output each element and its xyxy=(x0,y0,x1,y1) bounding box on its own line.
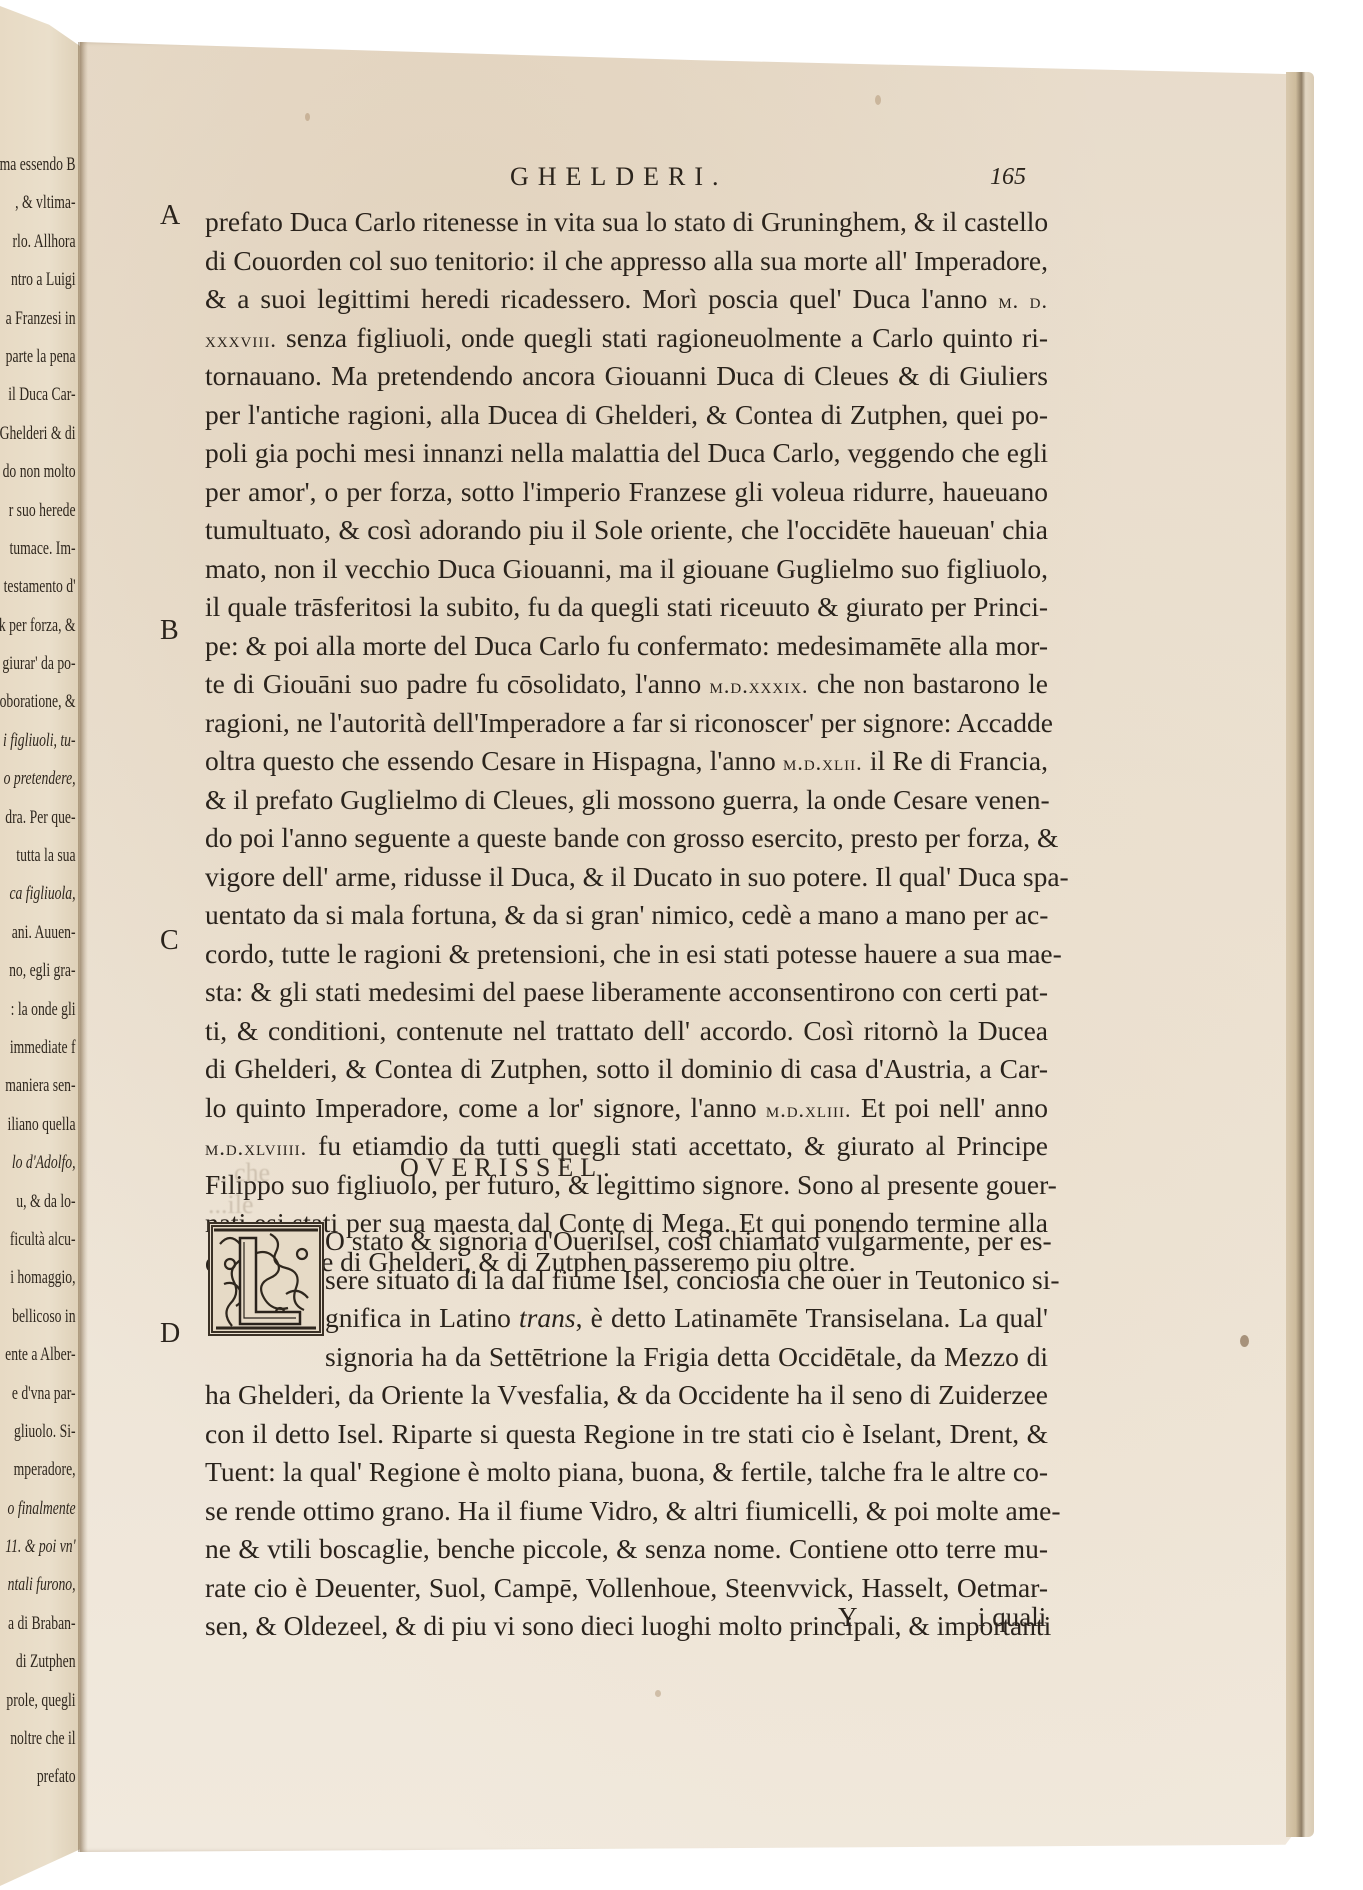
left-page-line: noltre che il xyxy=(0,1720,76,1758)
page-number: 165 xyxy=(990,164,1026,191)
section-overissel-opening: O stato & signoria d'Oueriſsel, così chi… xyxy=(325,1222,1048,1376)
decorative-initial-l xyxy=(208,1222,324,1336)
page-header: GHELDERI. 165 xyxy=(0,162,1363,202)
left-page-line: parte la pena xyxy=(0,338,76,376)
left-page-line: k per forza, & xyxy=(0,607,76,645)
text-line: cordo, tutte le ragioni & pretensioni, c… xyxy=(205,935,1048,974)
text-line: gnifica in Latino trans, è detto Latinam… xyxy=(325,1299,1048,1338)
text-line: con il detto Isel. Riparte si questa Reg… xyxy=(205,1415,1048,1454)
section-overissel-text: ha Ghelderi, da Oriente la Vvesfalia, & … xyxy=(205,1376,1048,1646)
text-line: O stato & signoria d'Oueriſsel, così chi… xyxy=(325,1222,1048,1261)
text-line: mato, non il vecchio Duca Giouanni, ma i… xyxy=(205,550,1048,589)
text-line: vigore dell' arme, ridusse il Duca, & il… xyxy=(205,858,1048,897)
text-line: ti, & conditioni, contenute nel trattato… xyxy=(205,1012,1048,1051)
left-page-text: ma essendo B, & vltima-rlo. Allhorantro … xyxy=(0,146,76,1797)
text-line: di Couorden col suo tenitorio: il che ap… xyxy=(205,242,1048,281)
left-page-line: mperadore, xyxy=(0,1451,76,1489)
text-line: sere situato di la dal fiume Isel, conci… xyxy=(325,1261,1048,1300)
left-page-line: r suo herede xyxy=(0,492,76,530)
text-line: m.d.xlviiii. fu etiamdio da tutti quegli… xyxy=(205,1127,1048,1166)
section-title-overissel: OVERISSEL. xyxy=(400,1153,617,1183)
text-line: sta: & gli stati medesimi del paese libe… xyxy=(205,973,1048,1012)
left-page-line: immediate f xyxy=(0,1029,76,1067)
left-page-line: : la onde gli xyxy=(0,991,76,1029)
text-line: di Ghelderi, & Contea di Zutphen, sotto … xyxy=(205,1050,1048,1089)
left-page-line: i figliuoli, tu- xyxy=(0,722,76,760)
left-page-line: oboratione, & xyxy=(0,683,76,721)
foxing-spot xyxy=(305,113,310,121)
text-line: signoria ha da Settētrione la Frigia det… xyxy=(325,1338,1048,1377)
text-line: te di Giouāni suo padre fu cōsolidato, l… xyxy=(205,665,1048,704)
text-line: lo quinto Imperadore, come a lor' signor… xyxy=(205,1089,1048,1128)
left-page-line: iliano quella xyxy=(0,1106,76,1144)
left-page-fragment: ma essendo B, & vltima-rlo. Allhorantro … xyxy=(0,6,82,1886)
left-page-line: di Zutphen xyxy=(0,1643,76,1681)
text-line: ragioni, ne l'autorità dell'Imperadore a… xyxy=(205,704,1048,743)
running-head: GHELDERI. xyxy=(510,162,727,192)
left-page-line: o pretendere, xyxy=(0,760,76,798)
left-page-line: o finalmente xyxy=(0,1490,76,1528)
signature-mark: Y xyxy=(838,1602,858,1633)
text-line: tumultuato, & così adorando piu il Sole … xyxy=(205,511,1048,550)
text-line: rate cio è Deuenter, Suol, Campē, Vollen… xyxy=(205,1569,1048,1608)
left-page-line: Ghelderi & di xyxy=(0,415,76,453)
foxing-spot xyxy=(1240,1335,1249,1347)
bleed-through-text: ... che xyxy=(208,1158,270,1188)
page-fore-edge xyxy=(1286,72,1314,1837)
left-page-line: ca figliuola, xyxy=(0,875,76,913)
text-line: poli gia pochi mesi innanzi nella malatt… xyxy=(205,434,1048,473)
margin-letter-d: D xyxy=(160,1318,180,1350)
left-page-line: ente a Alber- xyxy=(0,1336,76,1374)
left-page-line: lo d'Adolfo, xyxy=(0,1144,76,1182)
text-line: prefato Duca Carlo ritenesse in vita sua… xyxy=(205,203,1048,242)
left-page-line: bellicoso in xyxy=(0,1298,76,1336)
foxing-spot xyxy=(655,1690,661,1697)
left-page-line: giurar' da po- xyxy=(0,645,76,683)
text-line: & a suoi legittimi heredi ricadessero. M… xyxy=(205,280,1048,319)
section-ghelderi-text: prefato Duca Carlo ritenesse in vita sua… xyxy=(205,203,1048,1281)
text-line: per l'antiche ragioni, alla Ducea di Ghe… xyxy=(205,396,1048,435)
left-page-line: maniera sen- xyxy=(0,1067,76,1105)
left-page-line: 11. & poi vn' xyxy=(0,1528,76,1566)
text-line: pe: & poi alla morte del Duca Carlo fu c… xyxy=(205,627,1048,666)
left-page-line: a di Braban- xyxy=(0,1605,76,1643)
gutter-shadow xyxy=(78,42,88,1852)
text-line: xxxviii. senza figliuoli, onde quegli st… xyxy=(205,319,1048,358)
left-page-line: testamento d' xyxy=(0,568,76,606)
left-page-line: rlo. Allhora xyxy=(0,223,76,261)
left-page-line: ficultà alcu- xyxy=(0,1221,76,1259)
bleed-through-text: ...ile xyxy=(208,1190,254,1220)
left-page-line: e d'vna par- xyxy=(0,1375,76,1413)
left-page-line: tumace. Im- xyxy=(0,530,76,568)
text-line: oltra questo che essendo Cesare in Hispa… xyxy=(205,742,1048,781)
text-line: ha Ghelderi, da Oriente la Vvesfalia, & … xyxy=(205,1376,1048,1415)
left-page-line: gliuolo. Si- xyxy=(0,1413,76,1451)
left-page-line: ntro a Luigi xyxy=(0,261,76,299)
text-line: ne & vtili boscaglie, benche piccole, & … xyxy=(205,1530,1048,1569)
catchword: i quali xyxy=(978,1602,1046,1633)
text-line: sen, & Oldezeel, & di piu vi sono dieci … xyxy=(205,1607,1048,1646)
left-page-line: prefato xyxy=(0,1758,76,1796)
margin-letter-a: A xyxy=(160,200,180,232)
foxing-spot xyxy=(875,95,881,105)
ornament-initial-icon xyxy=(210,1224,322,1334)
left-page-line: no, egli gra- xyxy=(0,952,76,990)
text-line: & il prefato Guglielmo di Cleues, gli mo… xyxy=(205,781,1048,820)
left-page-line: u, & da lo- xyxy=(0,1183,76,1221)
left-page-line: ntali furono, xyxy=(0,1566,76,1604)
left-page-line: a Franzesi in xyxy=(0,300,76,338)
text-line: tornauano. Ma pretendendo ancora Giouann… xyxy=(205,357,1048,396)
text-line: per amor', o per forza, sotto l'imperio … xyxy=(205,473,1048,512)
text-line: se rende ottimo grano. Ha il fiume Vidro… xyxy=(205,1492,1048,1531)
left-page-line: prole, quegli xyxy=(0,1682,76,1720)
left-page-line: il Duca Car- xyxy=(0,376,76,414)
left-page-line: dra. Per que- xyxy=(0,799,76,837)
text-line: uentato da si mala fortuna, & da si gran… xyxy=(205,896,1048,935)
text-line: il quale trāsferitosi la subito, fu da q… xyxy=(205,588,1048,627)
left-page-line: do non molto xyxy=(0,453,76,491)
left-page-line: i homaggio, xyxy=(0,1259,76,1297)
text-line: Tuent: la qual' Regione è molto piana, b… xyxy=(205,1453,1048,1492)
text-line: Filippo suo figliuolo, per futuro, & leg… xyxy=(205,1166,1048,1205)
left-page-line: ani. Auuen- xyxy=(0,914,76,952)
margin-letter-c: C xyxy=(160,925,179,957)
left-page-line: tutta la sua xyxy=(0,837,76,875)
text-line: do poi l'anno seguente a queste bande co… xyxy=(205,819,1048,858)
margin-letter-b: B xyxy=(160,615,179,647)
